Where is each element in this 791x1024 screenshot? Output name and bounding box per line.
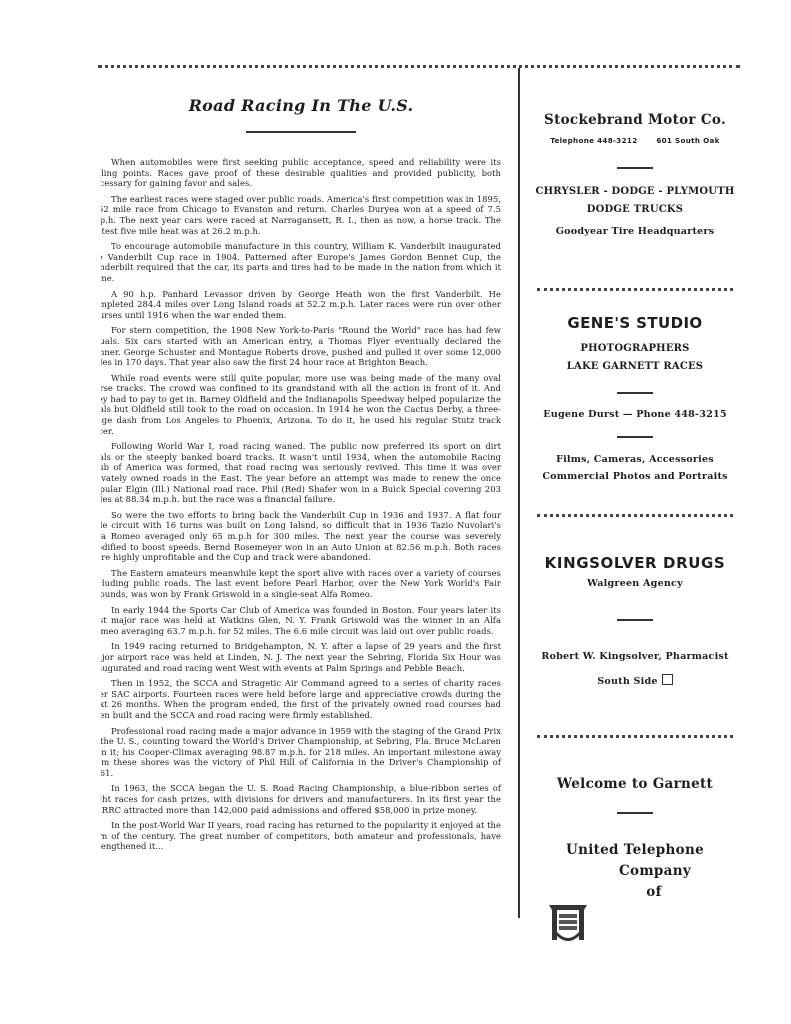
ad-stockebrand-telephone: Telephone 448-3212: [550, 136, 637, 145]
article-paragraph: To encourage automobile manufacture in t…: [101, 241, 501, 283]
united-telephone-logo-icon: [547, 902, 589, 944]
article-paragraph: When automobiles were first seeking publ…: [101, 157, 501, 189]
article-paragraph: In 1949 racing returned to Bridgehampton…: [101, 641, 501, 673]
article-paragraph: The Eastern amateurs meanwhile kept the …: [101, 568, 501, 600]
short-rule: [617, 812, 653, 814]
ad-genes-studio-products: Films, Cameras, Accessories: [525, 454, 745, 465]
title-underline: [246, 131, 356, 133]
article-body: When automobiles were first seeking publ…: [101, 157, 501, 852]
ad-separator: [537, 514, 733, 517]
article-title: Road Racing In The U.S.: [101, 96, 501, 115]
ad-stockebrand: Stockebrand Motor Co. Telephone 448-3212…: [525, 112, 745, 237]
ad-kingsolver: KINGSOLVER DRUGS Walgreen Agency Robert …: [525, 554, 745, 687]
ad-kingsolver-name: KINGSOLVER DRUGS: [525, 554, 745, 572]
ad-kingsolver-location: South Side: [597, 676, 657, 687]
top-dotted-rule: [98, 65, 740, 68]
ad-genes-studio-photographers: PHOTOGRAPHERS: [525, 340, 745, 358]
ad-united-telephone-line3: of: [525, 884, 745, 900]
ad-kingsolver-subtitle: Walgreen Agency: [525, 578, 745, 589]
box-icon: [662, 674, 673, 685]
ad-stockebrand-name: Stockebrand Motor Co.: [525, 112, 745, 128]
ad-stockebrand-address: 601 South Oak: [656, 136, 719, 145]
ad-united-telephone-line1: United Telephone: [525, 842, 745, 858]
ad-genes-studio-races: LAKE GARNETT RACES: [525, 358, 745, 376]
ad-kingsolver-pharmacist: Robert W. Kingsolver, Pharmacist: [525, 651, 745, 662]
ad-stockebrand-contact: Telephone 448-3212 601 South Oak: [525, 136, 745, 145]
short-rule: [617, 436, 653, 438]
ad-separator: [537, 288, 733, 291]
article: Road Racing In The U.S. When automobiles…: [101, 88, 503, 948]
article-paragraph: Then in 1952, the SCCA and Stragetic Air…: [101, 678, 501, 720]
ad-separator: [537, 735, 733, 738]
ad-stockebrand-trucks: DODGE TRUCKS: [525, 201, 745, 219]
short-rule: [617, 619, 653, 621]
ad-stockebrand-brands: CHRYSLER - DODGE - PLYMOUTH: [525, 183, 745, 201]
ad-genes-studio-services: Commercial Photos and Portraits: [525, 471, 745, 482]
column-divider: [518, 68, 520, 918]
article-paragraph: In early 1944 the Sports Car Club of Ame…: [101, 605, 501, 637]
ad-united-telephone: Welcome to Garnett United Telephone Comp…: [525, 776, 745, 900]
article-paragraph: A 90 h.p. Panhard Levassor driven by Geo…: [101, 289, 501, 321]
ad-stockebrand-tires: Goodyear Tire Headquarters: [525, 226, 745, 237]
ad-united-telephone-line2: Company: [525, 863, 745, 879]
article-paragraph: So were the two efforts to bring back th…: [101, 510, 501, 563]
article-paragraph: The earliest races were staged over publ…: [101, 194, 501, 236]
ad-genes-studio-name: GENE'S STUDIO: [525, 314, 745, 332]
short-rule: [617, 392, 653, 394]
article-paragraph: In 1963, the SCCA began the U. S. Road R…: [101, 783, 501, 815]
article-paragraph: While road events were still quite popul…: [101, 373, 501, 437]
ad-genes-studio-contact: Eugene Durst — Phone 448-3215: [525, 409, 745, 420]
ad-welcome-garnett: Welcome to Garnett: [525, 776, 745, 792]
ad-genes-studio: GENE'S STUDIO PHOTOGRAPHERS LAKE GARNETT…: [525, 314, 745, 482]
article-paragraph: For stern competition, the 1908 New York…: [101, 325, 501, 367]
short-rule: [617, 167, 653, 169]
article-paragraph: In the post-World War II years, road rac…: [101, 820, 501, 852]
article-paragraph: Following World War I, road racing waned…: [101, 441, 501, 505]
article-paragraph: Professional road racing made a major ad…: [101, 726, 501, 779]
ad-kingsolver-location-row: South Side: [525, 674, 745, 687]
